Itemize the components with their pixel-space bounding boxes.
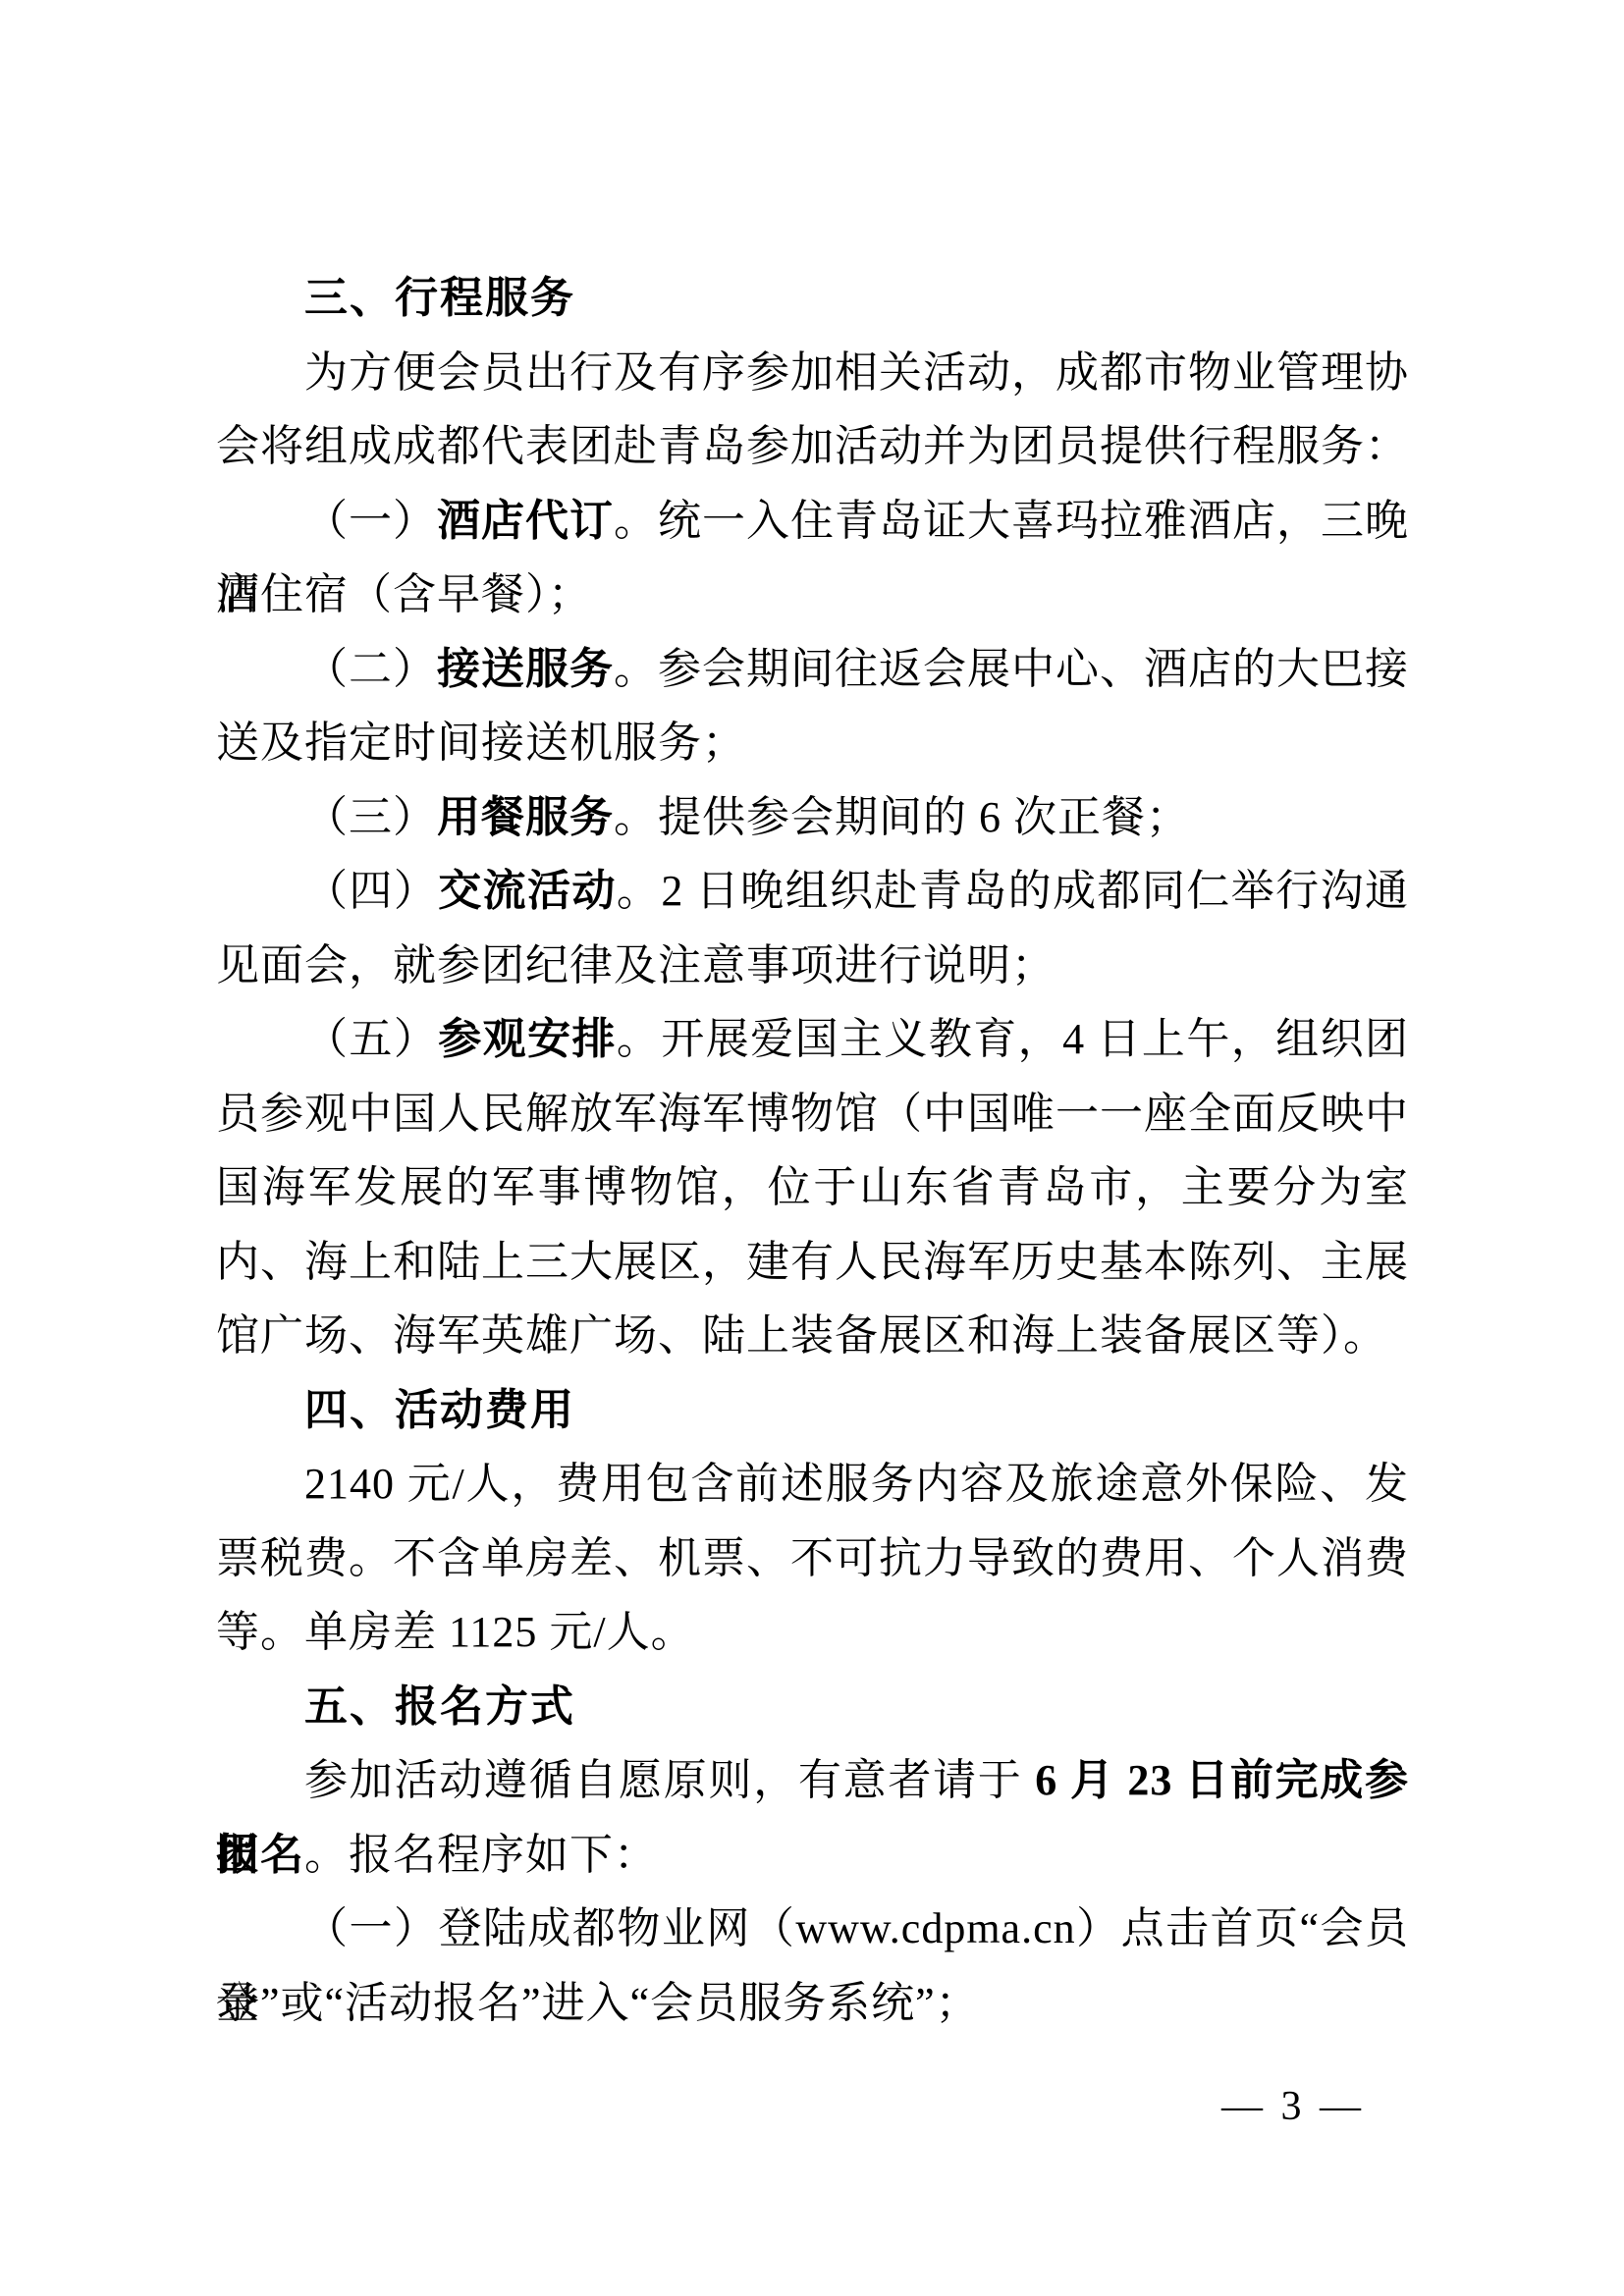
heading-section-activity-fees: 四、活动费用 bbox=[216, 1373, 1409, 1448]
doc-line-item-visit-arrangement: （五）参观安排。开展爱国主义教育，4 日上午，组织团 bbox=[216, 1002, 1409, 1077]
doc-line: 内、海上和陆上三大展区，建有人民海军历史基本陈列、主展 bbox=[216, 1225, 1409, 1300]
text-run: 2140 元/人，费用包含前述服务内容及旅途意外保险、发 bbox=[304, 1460, 1409, 1508]
text-run: 送及指定时间接送机服务； bbox=[216, 719, 746, 767]
item-title: 接送服务 bbox=[437, 645, 614, 693]
document-body: 三、行程服务 为方便会员出行及有序参加相关活动，成都市物业管理协 会将组成成都代… bbox=[216, 261, 1409, 2040]
doc-line-item-shuttle-service: （二）接送服务。参会期间往返会展中心、酒店的大巴接 bbox=[216, 632, 1409, 707]
item-title: 用餐服务 bbox=[437, 793, 614, 841]
text-run: （一） bbox=[304, 497, 437, 545]
doc-line: 馆广场、海军英雄广场、陆上装备展区和海上装备展区等）。 bbox=[216, 1299, 1409, 1373]
text-run: 店住宿（含早餐）； bbox=[216, 570, 592, 618]
text-run: （二） bbox=[304, 645, 437, 693]
doc-line-registration-deadline: 参加活动遵循自愿原则，有意者请于 6 月 23 日前完成参团 bbox=[216, 1743, 1409, 1818]
doc-line: 员参观中国人民解放军海军博物馆（中国唯一一座全面反映中 bbox=[216, 1077, 1409, 1151]
text-run: 。开展爱国主义教育，4 日上午，组织团 bbox=[617, 1015, 1409, 1063]
item-title: 酒店代订 bbox=[437, 497, 614, 545]
doc-line-item-meal-service: （三）用餐服务。提供参会期间的 6 次正餐； bbox=[216, 780, 1409, 855]
text-run: 馆广场、海军英雄广场、陆上装备展区和海上装备展区等）。 bbox=[216, 1311, 1387, 1360]
item-title: 交流活动 bbox=[438, 867, 617, 915]
doc-line: 为方便会员出行及有序参加相关活动，成都市物业管理协 bbox=[216, 336, 1409, 410]
text-run: 等。单房差 1125 元/人。 bbox=[216, 1608, 695, 1656]
doc-line: 会将组成成都代表团赴青岛参加活动并为团员提供行程服务： bbox=[216, 409, 1409, 484]
text-run: 会将组成成都代表团赴青岛参加活动并为团员提供行程服务： bbox=[216, 422, 1409, 470]
document-page: 三、行程服务 为方便会员出行及有序参加相关活动，成都市物业管理协 会将组成成都代… bbox=[0, 0, 1624, 2296]
text-run: 为方便会员出行及有序参加相关活动，成都市物业管理协 bbox=[304, 348, 1409, 397]
doc-line: 等。单房差 1125 元/人。 bbox=[216, 1595, 1409, 1670]
text-run: 员参观中国人民解放军海军博物馆（中国唯一一座全面反映中 bbox=[216, 1090, 1409, 1138]
heading-text: 四、活动费用 bbox=[304, 1386, 575, 1434]
text-run: （三） bbox=[304, 793, 437, 841]
doc-line-item-exchange-activity: （四）交流活动。2 日晚组织赴青岛的成都同仁举行沟通 bbox=[216, 854, 1409, 929]
doc-line: 报名。报名程序如下： bbox=[216, 1818, 1409, 1893]
doc-line: 见面会，就参团纪律及注意事项进行说明； bbox=[216, 929, 1409, 1003]
doc-line: 录”或“活动报名”进入“会员服务系统”； bbox=[216, 1966, 1409, 2041]
deadline-text: 报名 bbox=[216, 1831, 304, 1879]
text-run: 国海军发展的军事博物馆，位于山东省青岛市，主要分为室 bbox=[216, 1163, 1409, 1211]
heading-text: 三、行程服务 bbox=[304, 274, 575, 322]
doc-line: 送及指定时间接送机服务； bbox=[216, 706, 1409, 780]
text-run: 参加活动遵循自愿原则，有意者请于 bbox=[304, 1756, 1035, 1804]
text-run: （四） bbox=[304, 867, 438, 915]
text-run: 见面会，就参团纪律及注意事项进行说明； bbox=[216, 941, 1056, 989]
text-run: 。2 日晚组织赴青岛的成都同仁举行沟通 bbox=[617, 867, 1409, 915]
item-title: 参观安排 bbox=[438, 1015, 617, 1063]
doc-line: 国海军发展的军事博物馆，位于山东省青岛市，主要分为室 bbox=[216, 1150, 1409, 1225]
doc-line-item-hotel-booking: （一）酒店代订。统一入住青岛证大喜玛拉雅酒店，三晚酒 bbox=[216, 484, 1409, 559]
text-run: 录”或“活动报名”进入“会员服务系统”； bbox=[216, 1979, 980, 2027]
heading-section-itinerary-services: 三、行程服务 bbox=[216, 261, 1409, 336]
doc-line: 店住宿（含早餐）； bbox=[216, 558, 1409, 632]
page-number: — 3 — bbox=[1221, 2083, 1365, 2130]
text-run: 。提供参会期间的 6 次正餐； bbox=[614, 793, 1190, 841]
doc-line: 2140 元/人，费用包含前述服务内容及旅途意外保险、发 bbox=[216, 1447, 1409, 1522]
doc-line-website: （一）登陆成都物业网（www.cdpma.cn）点击首页“会员登 bbox=[216, 1892, 1409, 1966]
doc-line: 票税费。不含单房差、机票、不可抗力导致的费用、个人消费 bbox=[216, 1522, 1409, 1596]
heading-text: 五、报名方式 bbox=[304, 1682, 575, 1731]
text-run: 。报名程序如下： bbox=[304, 1831, 658, 1879]
text-run: 票税费。不含单房差、机票、不可抗力导致的费用、个人消费 bbox=[216, 1534, 1409, 1582]
heading-section-registration-method: 五、报名方式 bbox=[216, 1670, 1409, 1744]
text-run: （五） bbox=[304, 1015, 438, 1063]
text-run: 内、海上和陆上三大展区，建有人民海军历史基本陈列、主展 bbox=[216, 1238, 1409, 1286]
text-run: 。参会期间往返会展中心、酒店的大巴接 bbox=[614, 645, 1409, 693]
